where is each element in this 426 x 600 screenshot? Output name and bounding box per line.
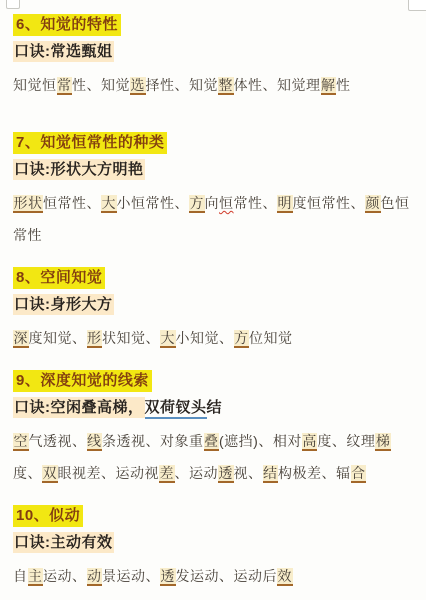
mnemonic-line: 口诀:空闲叠高梯，双荷钗头结 (13, 398, 416, 418)
text-segment: 运动、 (43, 568, 87, 584)
text-segment: 视、 (234, 465, 263, 481)
keyword-highlight: 明 (277, 195, 293, 213)
mnemonic-line: 口诀:常选甄姐 (13, 42, 416, 62)
keyword-highlight: 高 (302, 433, 318, 451)
notes-page: 6、知觉的特性口诀:常选甄姐知觉恒常性、知觉选择性、知觉整体性、知觉理解性7、知… (0, 0, 426, 600)
keyword-highlight: 方 (189, 195, 205, 213)
text-segment: 性、知觉 (72, 77, 130, 93)
note-section: 8、空间知觉口诀:身形大方深度知觉、形状知觉、大小知觉、方位知觉 (13, 267, 416, 354)
mnemonic-line: 口诀:形状大方明艳 (13, 160, 416, 180)
body-text: 知觉恒常性、知觉选择性、知觉整体性、知觉理解性 (13, 69, 416, 101)
text-segment: 恒常性、 (43, 195, 101, 211)
text-segment: 状知觉、 (102, 330, 160, 346)
text-segment: 构极差、辐 (278, 465, 351, 481)
note-section: 7、知觉恒常性的种类口诀:形状大方明艳形状恒常性、大小恒常性、方向恒常性、明度恒… (13, 132, 416, 251)
text-segment: 度、 (13, 465, 42, 481)
text-segment: 性 (336, 77, 351, 93)
mnemonic-highlight: 口诀:形状大方明艳 (13, 159, 145, 180)
body-text: 形状恒常性、大小恒常性、方向恒常性、明度恒常性、颜色恒常性 (13, 187, 416, 251)
mnemonic-highlight: 口诀:身形大方 (13, 294, 114, 315)
keyword-highlight: 叠 (204, 433, 220, 451)
keyword-highlight: 差 (159, 465, 175, 483)
section-heading: 6、知觉的特性 (13, 14, 121, 36)
keyword-highlight: 方 (234, 330, 250, 348)
keyword-highlight: 线 (87, 433, 103, 451)
page-corner-box-left (6, 0, 20, 9)
note-section: 9、深度知觉的线索口诀:空闲叠高梯，双荷钗头结空气透视、线条透视、对象重叠(遮挡… (13, 370, 416, 489)
text-segment: 自 (13, 568, 28, 584)
keyword-highlight: 深 (13, 330, 29, 348)
text-segment: 眼视差、运动视 (58, 465, 160, 481)
mnemonic-line: 口诀:身形大方 (13, 295, 416, 315)
text-segment: 小恒常性、 (117, 195, 190, 211)
text-segment: 体性、知觉理 (234, 77, 321, 93)
keyword-highlight: 整 (218, 77, 234, 95)
keyword-highlight: 选 (130, 77, 146, 95)
keyword-highlight: 透 (218, 465, 234, 483)
note-section: 6、知觉的特性口诀:常选甄姐知觉恒常性、知觉选择性、知觉整体性、知觉理解性 (13, 14, 416, 101)
keyword-highlight: 颜 (365, 195, 381, 213)
wavy-underline-text: 恒 (219, 195, 234, 211)
text-segment: 发运动、运动后 (176, 568, 278, 584)
keyword-highlight: 空 (13, 433, 29, 451)
section-heading: 7、知觉恒常性的种类 (13, 132, 167, 154)
keyword-highlight: 大 (160, 330, 176, 348)
text-segment: 度恒常性、 (293, 195, 366, 211)
text-segment: 知觉恒 (13, 77, 57, 93)
mnemonic-highlight: 口诀:主动有效 (13, 532, 114, 553)
text-segment: 、运动 (175, 465, 219, 481)
text-segment: (遮挡)、相对 (219, 433, 302, 449)
text-segment: 向 (205, 195, 220, 211)
text-segment: 度知觉、 (29, 330, 87, 346)
keyword-highlight: 常 (57, 77, 73, 95)
keyword-highlight: 结 (263, 465, 279, 483)
text-segment: 常性、 (234, 195, 278, 211)
text-segment: 小知觉、 (176, 330, 234, 346)
text-segment: 条透视、对象重 (102, 433, 204, 449)
sections-list: 6、知觉的特性口诀:常选甄姐知觉恒常性、知觉选择性、知觉整体性、知觉理解性7、知… (13, 14, 416, 592)
note-section: 10、似动口诀:主动有效自主运动、动景运动、透发运动、运动后效 (13, 505, 416, 592)
keyword-highlight: 形 (87, 330, 103, 348)
mnemonic-highlight: 口诀:常选甄姐 (13, 41, 114, 62)
mnemonic-blue-underline: 双荷钗头 (145, 399, 207, 419)
section-heading: 10、似动 (13, 505, 83, 527)
keyword-highlight: 梯 (375, 433, 391, 451)
text-segment: 位知觉 (249, 330, 293, 346)
body-text: 空气透视、线条透视、对象重叠(遮挡)、相对高度、纹理梯度、双眼视差、运动视差、运… (13, 425, 416, 489)
text-segment: 度、纹理 (317, 433, 375, 449)
keyword-highlight: 动 (87, 568, 103, 586)
text-segment: 气透视、 (29, 433, 87, 449)
mnemonic-bold-text: 结 (207, 399, 223, 416)
section-heading: 8、空间知觉 (13, 267, 105, 289)
keyword-highlight: 双 (42, 465, 58, 483)
keyword-highlight: 效 (277, 568, 293, 586)
mnemonic-line: 口诀:主动有效 (13, 533, 416, 553)
text-segment: 择性、知觉 (146, 77, 219, 93)
keyword-highlight: 合 (351, 465, 367, 483)
body-text: 深度知觉、形状知觉、大小知觉、方位知觉 (13, 322, 416, 354)
mnemonic-highlight: 口诀:空闲叠高梯， (13, 397, 145, 418)
keyword-highlight: 主 (28, 568, 44, 586)
text-segment: 景运动、 (102, 568, 160, 584)
section-heading: 9、深度知觉的线索 (13, 370, 152, 392)
page-corner-box-right (408, 0, 426, 11)
keyword-highlight: 透 (160, 568, 176, 586)
body-text: 自主运动、动景运动、透发运动、运动后效 (13, 560, 416, 592)
keyword-highlight: 解 (321, 77, 337, 95)
keyword-highlight: 大 (101, 195, 117, 213)
keyword-highlight: 形状 (13, 195, 43, 213)
